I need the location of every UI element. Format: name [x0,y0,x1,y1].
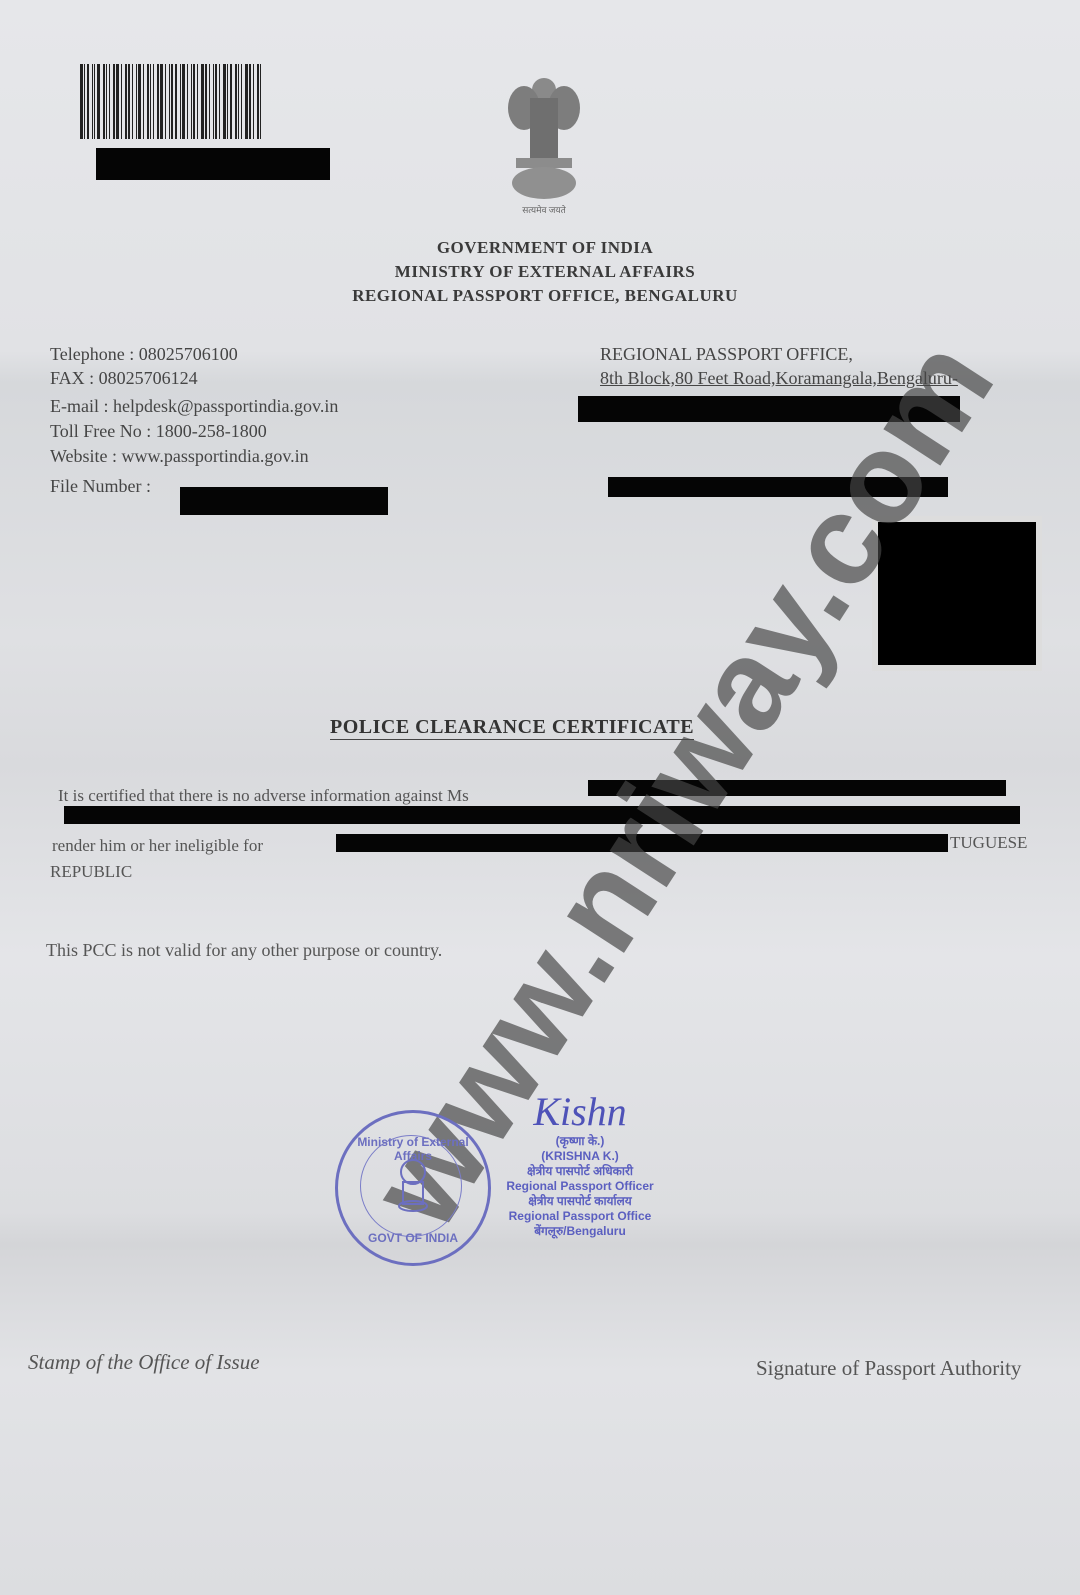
signatory-title-hindi: क्षेत्रीय पासपोर्ट अधिकारी [490,1164,670,1179]
certificate-body-line3: render him or her ineligible for [52,836,263,856]
signatory-name: (KRISHNA K.) [490,1149,670,1164]
signatory-city: बेंगलूरु/Bengaluru [490,1224,670,1239]
national-emblem-icon: सत्यमेव जयते [500,68,588,218]
barcode [80,64,342,139]
telephone-text: Telephone : 08025706100 [50,344,238,365]
signature-label: Signature of Passport Authority [756,1356,1021,1381]
redacted-barcode-number [96,148,330,180]
header-ministry: MINISTRY OF EXTERNAL AFFAIRS [300,262,790,282]
header-government: GOVERNMENT OF INDIA [300,238,790,258]
signature: Kishn [490,1090,670,1134]
certificate-body-line3-end: TUGUESE [950,833,1027,853]
signatory-office: Regional Passport Office [490,1209,670,1224]
certificate-body-line1: It is certified that there is no adverse… [58,786,469,806]
signatory-block: Kishn (कृष्णा के.) (KRISHNA K.) क्षेत्री… [490,1090,670,1239]
email-text: E-mail : helpdesk@passportindia.gov.in [50,396,338,417]
redacted-body-line2 [64,806,1020,824]
signatory-name-hindi: (कृष्णा के.) [490,1134,670,1149]
header-office: REGIONAL PASSPORT OFFICE, BENGALURU [300,286,790,306]
signatory-office-hindi: क्षेत्रीय पासपोर्ट कार्यालय [490,1194,670,1209]
file-number-label: File Number : [50,476,151,497]
svg-text:सत्यमेव जयते: सत्यमेव जयते [522,204,566,215]
stamp-emblem-icon [393,1158,433,1213]
toll-free-text: Toll Free No : 1800-258-1800 [50,421,267,442]
fax-text: FAX : 08025706124 [50,368,198,389]
redacted-file-number [180,487,388,515]
website-text: Website : www.passportindia.gov.in [50,446,309,467]
signatory-title: Regional Passport Officer [490,1179,670,1194]
certificate-body-line4: REPUBLIC [50,862,132,882]
stamp-bottom-text: GOVT OF INDIA [338,1231,488,1245]
address-line1: REGIONAL PASSPORT OFFICE, [600,344,853,365]
validity-note: This PCC is not valid for any other purp… [46,940,442,961]
stamp-label: Stamp of the Office of Issue [28,1350,260,1375]
office-stamp: Ministry of External Affairs GOVT OF IND… [335,1110,491,1266]
